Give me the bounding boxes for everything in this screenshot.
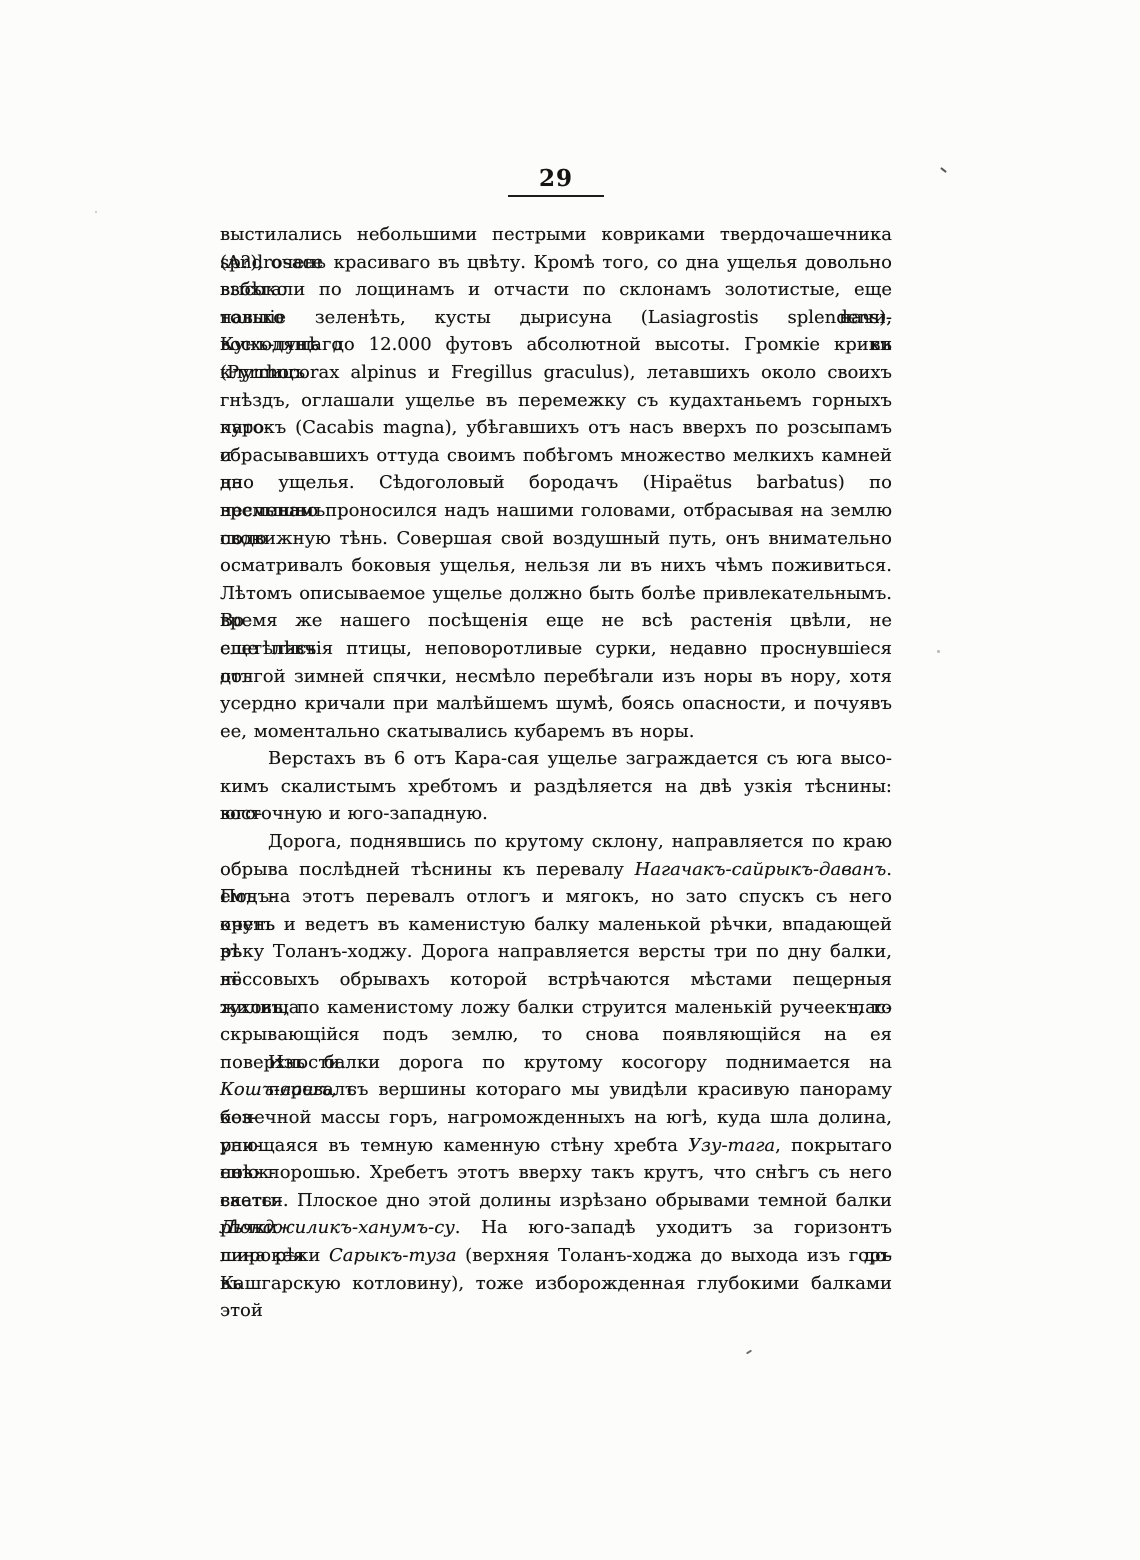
text-line: Кунъ-лунѣ до 12.000 футовъ абсолютной вы… [220,331,892,359]
text-run: восточную и юго-западную. [220,803,488,824]
text-run: лина рѣки [220,1245,329,1266]
scanned-book-page: 29 выстилались небольшими пестрыми коври… [0,0,1140,1560]
text-line: конечной массы горъ, нагроможденныхъ на … [220,1104,892,1132]
text-line: (Pyrrhocorax alpinus и Fregillus graculu… [220,359,892,387]
text-run: подвижную тѣнь. Совершая свой воздушный … [220,528,892,549]
text-run: (Pyrrhocorax alpinus и Fregillus graculu… [220,362,892,383]
text-run: обрыва послѣдней тѣснины къ перевалу [220,859,635,880]
text-line: Лѣтомъ описываемое ущелье должно быть бо… [220,580,892,608]
text-run: усердно кричали при малѣйшемъ шумѣ, бояс… [220,693,892,714]
text-line: усердно кричали при малѣйшемъ шумѣ, бояс… [220,690,892,718]
italic-place-name: Узу-тага [688,1135,775,1156]
text-run: рающаяся въ темную каменную стѣну хребта [220,1135,688,1156]
scan-artifact-dot [937,650,940,653]
text-line: патокъ (Cacabis magna), убѣгавшихъ отъ н… [220,414,892,442]
page-number: 29 [220,167,892,191]
scan-artifact-tick [746,1350,752,1355]
text-line: навшіе зеленѣть, кусты дырисуна (Lasiagr… [220,304,892,332]
text-line: сбрасывавшихъ оттуда своимъ побѣгомъ мно… [220,442,892,470]
text-line: туховъ; по каменистому ложу балки струит… [220,994,892,1022]
text-line: ною порошью. Хребетъ этотъ вверху такъ к… [220,1159,892,1187]
text-line: выстилались небольшими пестрыми коврикам… [220,221,892,249]
text-run: ее, моментально скатывались кубаремъ въ … [220,721,694,742]
text-line: Изъ балки дорога по крутому косогору под… [220,1049,892,1077]
page-header: 29 [220,167,892,197]
text-line: время же нашего посѣщенія еще не всѣ рас… [220,607,892,635]
text-run: долгой зимней спячки, несмѣло перебѣгали… [220,666,892,687]
italic-place-name: Люнджиликъ-ханумъ-су [220,1217,455,1238]
text-line: емъ на этотъ перевалъ отлогъ и мягокъ, н… [220,883,892,911]
text-line: кимъ скалистымъ хребтомъ и раздѣляется н… [220,773,892,801]
text-line: взбѣгали по лощинамъ и отчасти по склона… [220,276,892,304]
text-line: Люнджиликъ-ханумъ-су. На юго-западѣ уход… [220,1214,892,1242]
italic-place-name: Нагачакъ-сайрыкъ-даванъ [635,859,887,880]
text-line: крутъ и ведетъ въ каменистую балку мален… [220,911,892,939]
text-line: Кашгарскую котловину), тоже изборожденна… [220,1270,892,1298]
text-line: Верстахъ въ 6 отъ Кара-сая ущелье заграж… [220,745,892,773]
text-line: обрыва послѣдней тѣснины къ перевалу Наг… [220,856,892,884]
text-line: рающаяся въ темную каменную стѣну хребта… [220,1132,892,1160]
text-line: еще пѣвчія птицы, неповоротливые сурки, … [220,635,892,663]
text-line: гнѣздъ, оглашали ущелье въ перемежку съ … [220,387,892,415]
text-block: выстилались небольшими пестрыми коврикам… [220,221,892,1297]
text-line: восточную и юго-западную. [220,800,892,828]
header-rule [508,195,604,197]
text-line: неслышно проносился надъ нашими головами… [220,497,892,525]
italic-place-name: Сарыкъ-туза [329,1245,457,1266]
text-line: лина рѣки Сарыкъ-туза (верхняя Толанъ-хо… [220,1242,892,1270]
text-line: долгой зимней спячки, несмѣло перебѣгали… [220,663,892,691]
text-line: рѣку Толанъ-ходжу. Дорога направляется в… [220,938,892,966]
text-run: туховъ; по каменистому ложу балки струит… [220,997,892,1018]
text-line: скрывающійся подъ землю, то снова появля… [220,1021,892,1049]
text-line: вается. Плоское дно этой долины изрѣзано… [220,1187,892,1215]
text-line: Кошъ-лашъ, съ вершины котораго мы увидѣл… [220,1076,892,1104]
scan-artifact-tick [940,167,947,173]
text-line: осматривалъ боковыя ущелья, нельзя ли въ… [220,552,892,580]
scan-artifact-dot [95,211,97,213]
text-line: лёссовыхъ обрывахъ которой встрѣчаются м… [220,966,892,994]
text-run: осматривалъ боковыя ущелья, нельзя ли въ… [220,555,892,576]
text-run: Дорога, поднявшись по крутому склону, на… [268,831,892,852]
text-line: Дорога, поднявшись по крутому склону, на… [220,828,892,856]
italic-place-name: Кошъ-лашъ [220,1079,331,1100]
text-run: Верстахъ въ 6 отъ Кара-сая ущелье заграж… [268,748,892,769]
text-line: sp?), очень красиваго въ цвѣту. Кромѣ то… [220,249,892,277]
text-line: дно ущелья. Сѣдоголовый бородачъ (Hipaët… [220,469,892,497]
text-run: Кашгарскую котловину), тоже изборожденна… [220,1273,892,1322]
text-line: подвижную тѣнь. Совершая свой воздушный … [220,525,892,553]
text-line: ее, моментально скатывались кубаремъ въ … [220,718,892,746]
